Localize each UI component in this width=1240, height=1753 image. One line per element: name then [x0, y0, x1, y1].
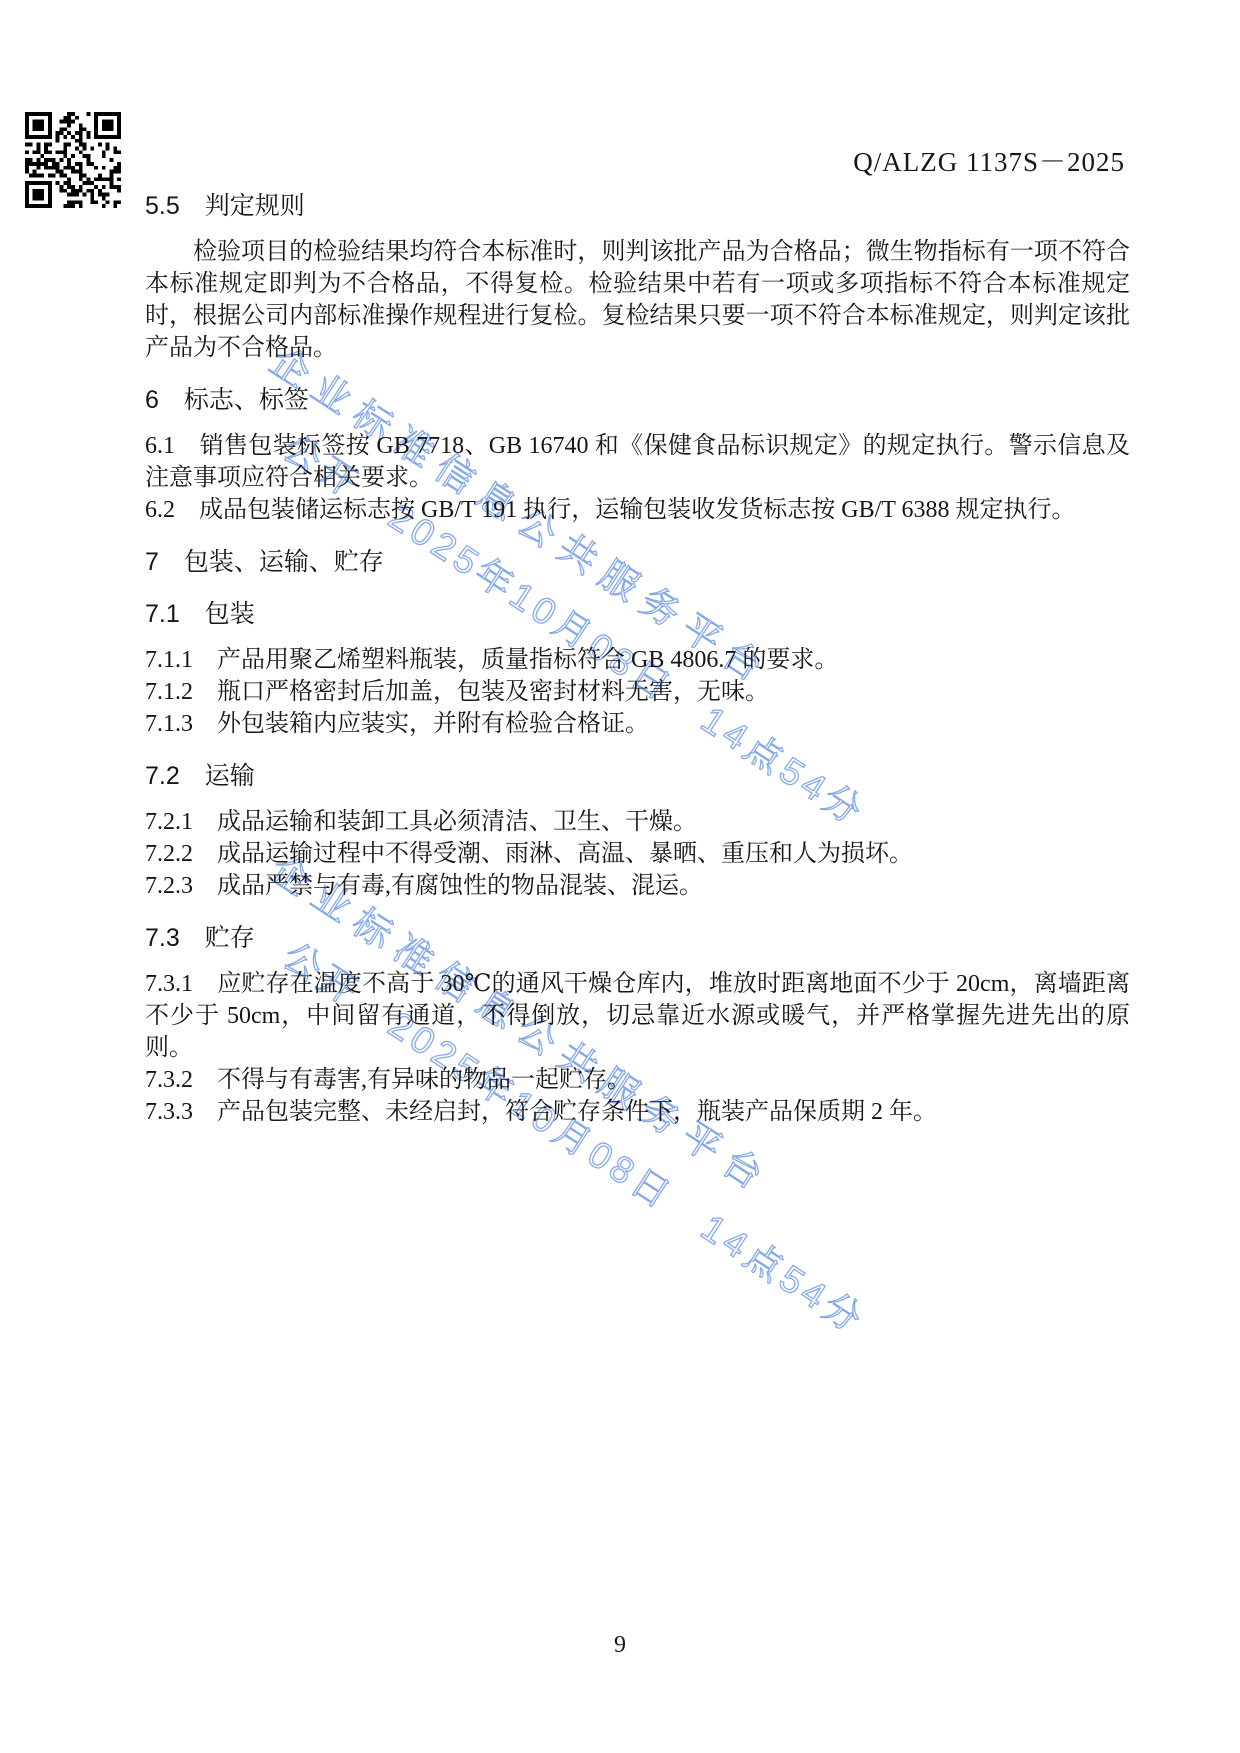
- section-5-5-heading: 5.5 判定规则: [145, 190, 1130, 222]
- document-body: 5.5 判定规则 检验项目的检验结果均符合本标准时，则判该批产品为合格品；微生物…: [0, 0, 1240, 1128]
- clause-7-3-2: 7.3.2 不得与有毒害,有异味的物品一起贮存。: [145, 1064, 1130, 1096]
- page-number: 9: [0, 1632, 1240, 1659]
- clause-6-2: 6.2 成品包装储运标志按 GB/T 191 执行，运输包装收发货标志按 GB/…: [145, 494, 1130, 526]
- clause-7-1-2: 7.1.2 瓶口严格密封后加盖，包装及密封材料无害，无味。: [145, 676, 1130, 708]
- clause-7-2-3: 7.2.3 成品严禁与有毒,有腐蚀性的物品混装、混运。: [145, 870, 1130, 902]
- section-7-2-heading: 7.2 运输: [145, 760, 1130, 792]
- clause-7-3-3: 7.3.3 产品包装完整、未经启封，符合贮存条件下，瓶装产品保质期 2 年。: [145, 1096, 1130, 1128]
- section-7-heading: 7 包装、运输、贮存: [145, 546, 1130, 578]
- clause-7-2-2: 7.2.2 成品运输过程中不得受潮、雨淋、高温、暴晒、重压和人为损坏。: [145, 838, 1130, 870]
- clause-7-2-1: 7.2.1 成品运输和装卸工具必须清洁、卫生、干燥。: [145, 806, 1130, 838]
- section-7-1-heading: 7.1 包装: [145, 598, 1130, 630]
- clause-5-5-paragraph: 检验项目的检验结果均符合本标准时，则判该批产品为合格品；微生物指标有一项不符合本…: [145, 236, 1130, 364]
- clause-7-1-1: 7.1.1 产品用聚乙烯塑料瓶装，质量指标符合 GB 4806.7 的要求。: [145, 644, 1130, 676]
- clause-6-1: 6.1 销售包装标签按 GB 7718、GB 16740 和《保健食品标识规定》…: [145, 430, 1130, 494]
- section-6-heading: 6 标志、标签: [145, 384, 1130, 416]
- section-7-3-heading: 7.3 贮存: [145, 922, 1130, 954]
- document-page: 企业标准信息公共服务平台 公开 2025年10月08日 14点54分 企业标准信…: [0, 0, 1240, 1753]
- clause-7-1-3: 7.1.3 外包装箱内应装实，并附有检验合格证。: [145, 708, 1130, 740]
- clause-7-3-1: 7.3.1 应贮存在温度不高于 30℃的通风干燥仓库内，堆放时距离地面不少于 2…: [145, 968, 1130, 1064]
